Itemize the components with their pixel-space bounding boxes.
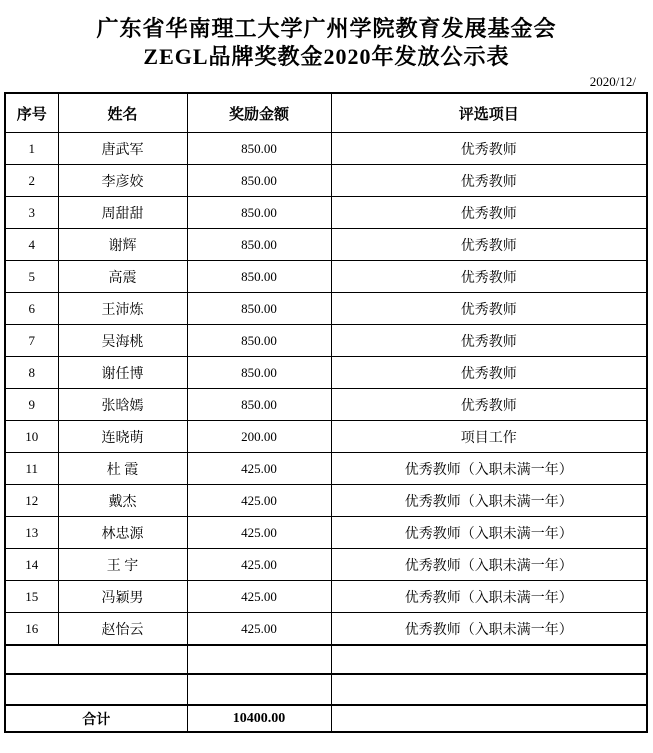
project-cell: 优秀教师	[331, 357, 647, 389]
name-cell: 林忠源	[58, 517, 187, 549]
table-row: 5高震850.00优秀教师	[5, 261, 647, 293]
name-cell: 王沛炼	[58, 293, 187, 325]
serial-cell: 5	[5, 261, 58, 293]
table-row: 10连晓萌200.00项目工作	[5, 421, 647, 453]
empty-cell	[187, 645, 331, 674]
project-cell: 优秀教师	[331, 133, 647, 165]
document-title: 广东省华南理工大学广州学院教育发展基金会 ZEGL品牌奖教金2020年发放公示表	[0, 0, 653, 71]
name-cell: 王 宇	[58, 549, 187, 581]
total-project-cell	[331, 705, 647, 732]
amount-cell: 425.00	[187, 613, 331, 646]
name-cell: 赵怡云	[58, 613, 187, 646]
table-row: 1唐武军850.00优秀教师	[5, 133, 647, 165]
empty-cell	[187, 674, 331, 705]
amount-cell: 425.00	[187, 549, 331, 581]
project-cell: 优秀教师	[331, 165, 647, 197]
name-cell: 唐武军	[58, 133, 187, 165]
table-row: 2李彦姣850.00优秀教师	[5, 165, 647, 197]
empty-cell	[331, 674, 647, 705]
serial-cell: 14	[5, 549, 58, 581]
header-row: 序号 姓名 奖励金额 评选项目	[5, 93, 647, 133]
project-cell: 优秀教师	[331, 325, 647, 357]
amount-cell: 850.00	[187, 133, 331, 165]
project-cell: 优秀教师	[331, 261, 647, 293]
header-amount: 奖励金额	[187, 93, 331, 133]
table-row: 9张晗嫣850.00优秀教师	[5, 389, 647, 421]
amount-cell: 425.00	[187, 453, 331, 485]
amount-cell: 850.00	[187, 261, 331, 293]
header-serial: 序号	[5, 93, 58, 133]
name-cell: 张晗嫣	[58, 389, 187, 421]
header-name: 姓名	[58, 93, 187, 133]
table-row: 3周甜甜850.00优秀教师	[5, 197, 647, 229]
amount-cell: 425.00	[187, 581, 331, 613]
name-cell: 谢任博	[58, 357, 187, 389]
name-cell: 杜 霞	[58, 453, 187, 485]
serial-cell: 4	[5, 229, 58, 261]
project-cell: 优秀教师（入职未满一年）	[331, 613, 647, 646]
header-project: 评选项目	[331, 93, 647, 133]
name-cell: 李彦姣	[58, 165, 187, 197]
date-label: 2020/12/	[4, 74, 636, 90]
name-cell: 冯颖男	[58, 581, 187, 613]
serial-cell: 15	[5, 581, 58, 613]
project-cell: 优秀教师	[331, 293, 647, 325]
name-cell: 高震	[58, 261, 187, 293]
serial-cell: 13	[5, 517, 58, 549]
name-cell: 戴杰	[58, 485, 187, 517]
document-page: 广东省华南理工大学广州学院教育发展基金会 ZEGL品牌奖教金2020年发放公示表…	[0, 0, 653, 753]
table-body: 1唐武军850.00优秀教师2李彦姣850.00优秀教师3周甜甜850.00优秀…	[5, 133, 647, 646]
project-cell: 优秀教师（入职未满一年）	[331, 517, 647, 549]
amount-cell: 850.00	[187, 325, 331, 357]
award-table: 序号 姓名 奖励金额 评选项目 1唐武军850.00优秀教师2李彦姣850.00…	[4, 92, 648, 733]
empty-row	[5, 645, 647, 674]
serial-cell: 11	[5, 453, 58, 485]
empty-cell	[331, 645, 647, 674]
table-row: 4谢辉850.00优秀教师	[5, 229, 647, 261]
serial-cell: 16	[5, 613, 58, 646]
name-cell: 吴海桃	[58, 325, 187, 357]
empty-row	[5, 674, 647, 705]
total-row: 合计 10400.00	[5, 705, 647, 732]
total-label-cell: 合计	[5, 705, 187, 732]
serial-cell: 7	[5, 325, 58, 357]
project-cell: 优秀教师	[331, 197, 647, 229]
project-cell: 优秀教师	[331, 229, 647, 261]
table-row: 12戴杰425.00优秀教师（入职未满一年）	[5, 485, 647, 517]
amount-cell: 200.00	[187, 421, 331, 453]
serial-cell: 12	[5, 485, 58, 517]
amount-cell: 850.00	[187, 389, 331, 421]
amount-cell: 850.00	[187, 357, 331, 389]
amount-cell: 425.00	[187, 517, 331, 549]
serial-cell: 2	[5, 165, 58, 197]
project-cell: 优秀教师（入职未满一年）	[331, 453, 647, 485]
amount-cell: 850.00	[187, 165, 331, 197]
amount-cell: 850.00	[187, 197, 331, 229]
table-row: 8谢任博850.00优秀教师	[5, 357, 647, 389]
table-row: 11杜 霞425.00优秀教师（入职未满一年）	[5, 453, 647, 485]
serial-cell: 6	[5, 293, 58, 325]
serial-cell: 10	[5, 421, 58, 453]
total-amount-cell: 10400.00	[187, 705, 331, 732]
table-row: 14王 宇425.00优秀教师（入职未满一年）	[5, 549, 647, 581]
amount-cell: 850.00	[187, 293, 331, 325]
empty-cell	[5, 674, 187, 705]
empty-cell	[5, 645, 187, 674]
table-row: 15冯颖男425.00优秀教师（入职未满一年）	[5, 581, 647, 613]
project-cell: 优秀教师（入职未满一年）	[331, 581, 647, 613]
serial-cell: 1	[5, 133, 58, 165]
table-row: 6王沛炼850.00优秀教师	[5, 293, 647, 325]
project-cell: 项目工作	[331, 421, 647, 453]
name-cell: 谢辉	[58, 229, 187, 261]
project-cell: 优秀教师（入职未满一年）	[331, 549, 647, 581]
name-cell: 周甜甜	[58, 197, 187, 229]
table-row: 13林忠源425.00优秀教师（入职未满一年）	[5, 517, 647, 549]
table-row: 16赵怡云425.00优秀教师（入职未满一年）	[5, 613, 647, 646]
project-cell: 优秀教师（入职未满一年）	[331, 485, 647, 517]
serial-cell: 9	[5, 389, 58, 421]
project-cell: 优秀教师	[331, 389, 647, 421]
table-row: 7吴海桃850.00优秀教师	[5, 325, 647, 357]
serial-cell: 3	[5, 197, 58, 229]
amount-cell: 425.00	[187, 485, 331, 517]
name-cell: 连晓萌	[58, 421, 187, 453]
amount-cell: 850.00	[187, 229, 331, 261]
title-line-2: ZEGL品牌奖教金2020年发放公示表	[0, 43, 653, 71]
serial-cell: 8	[5, 357, 58, 389]
title-line-1: 广东省华南理工大学广州学院教育发展基金会	[0, 15, 653, 43]
